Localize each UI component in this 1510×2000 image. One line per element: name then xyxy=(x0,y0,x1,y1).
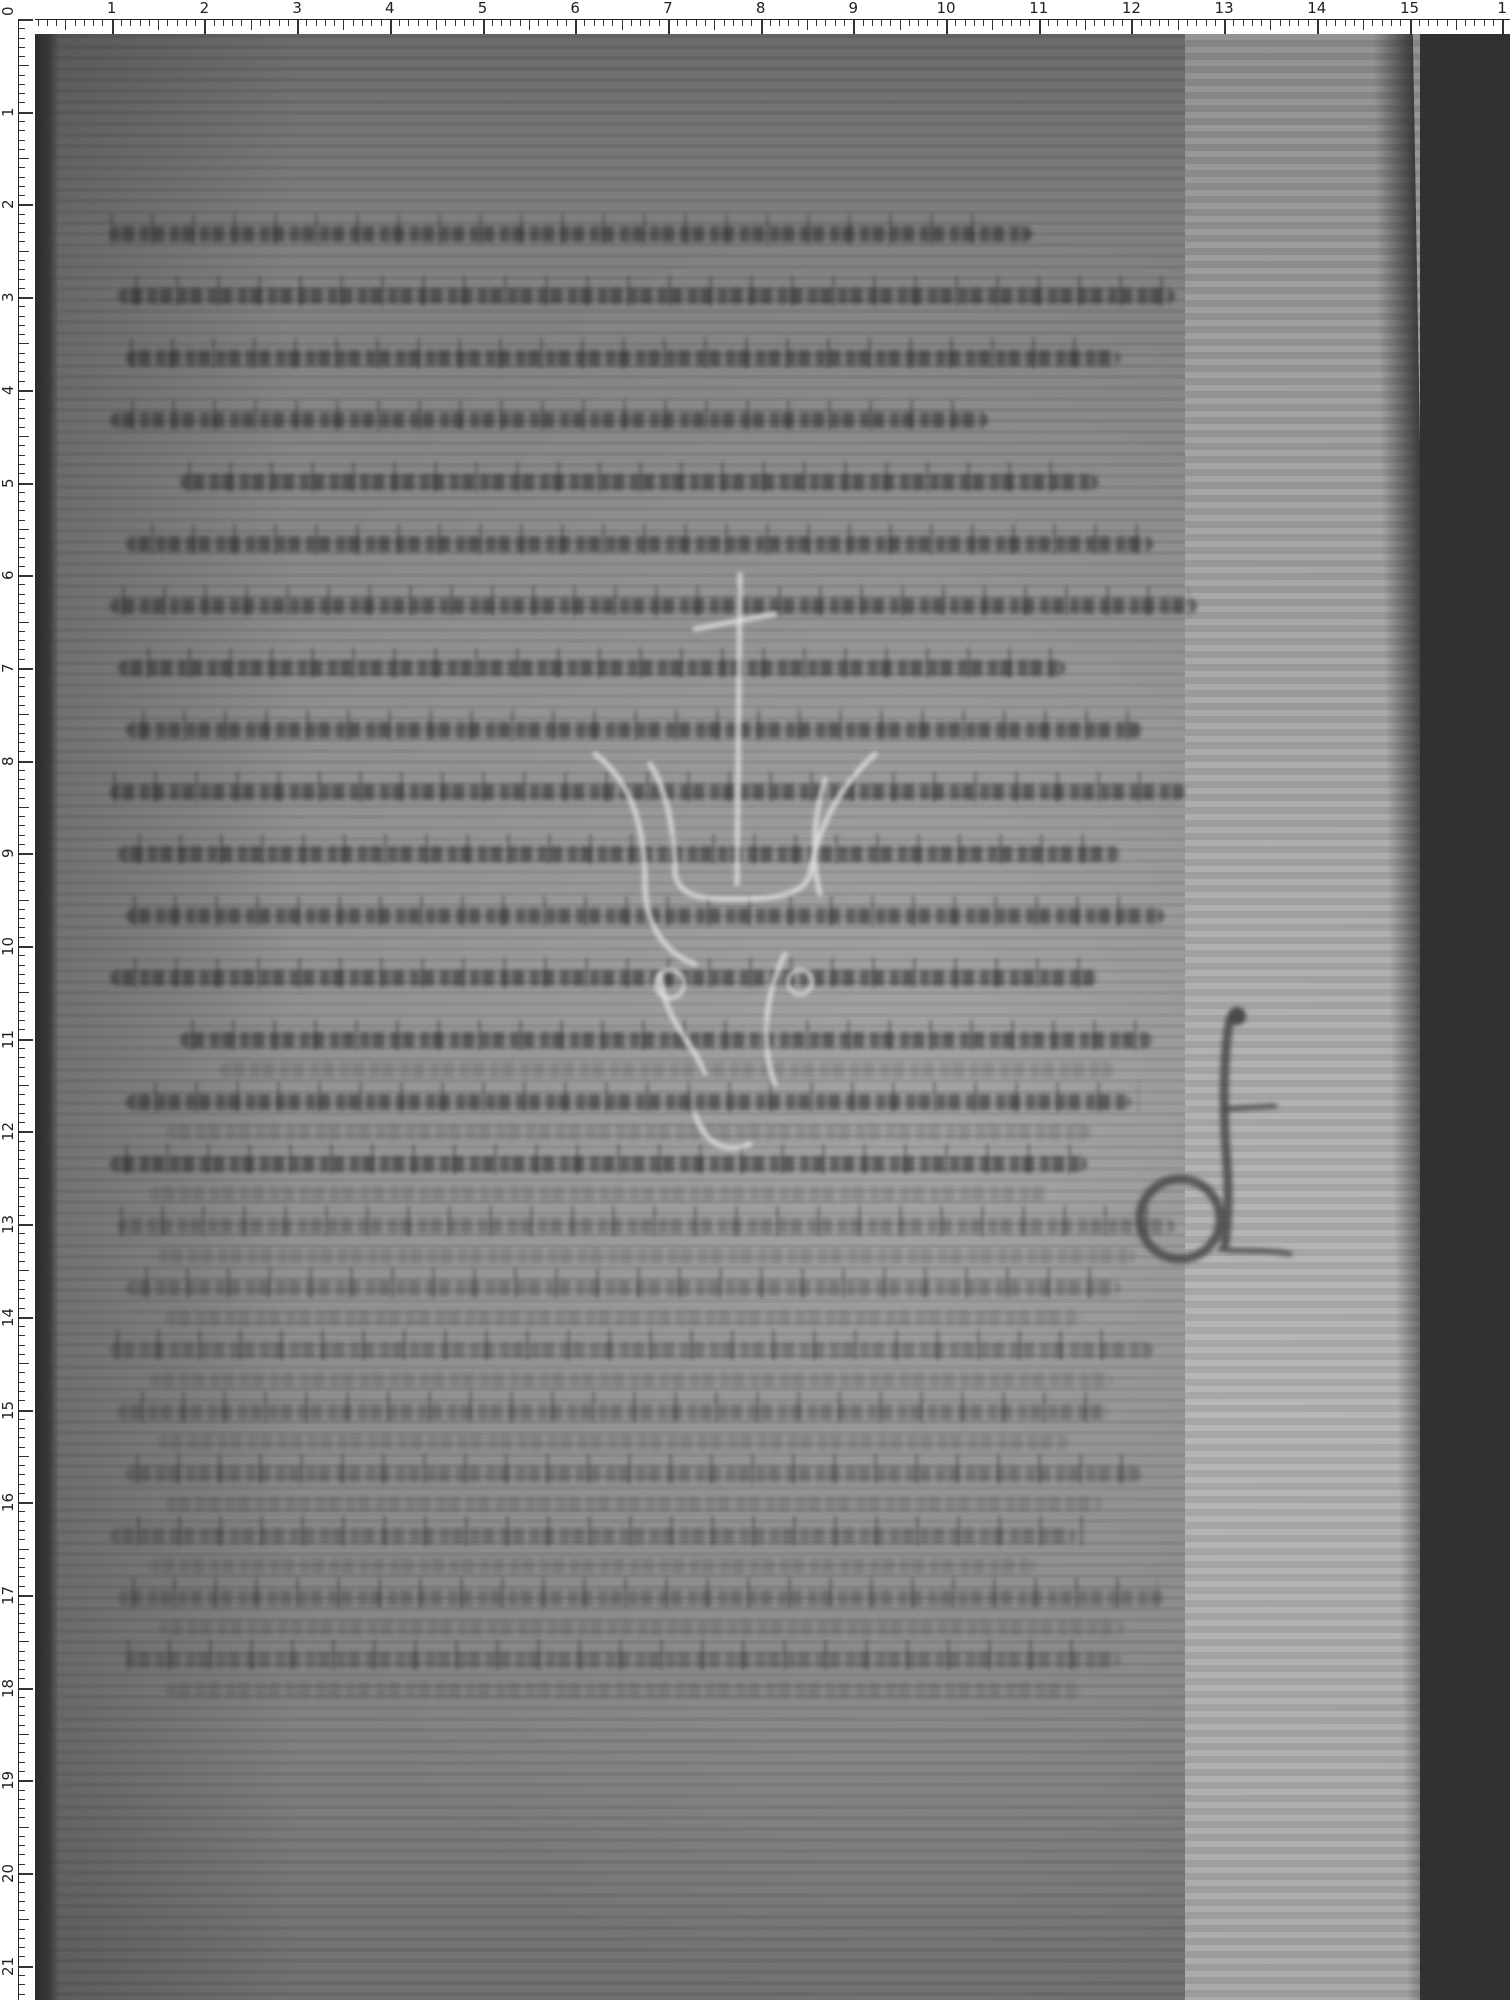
ruler-tick xyxy=(1447,20,1448,26)
ruler-tick xyxy=(19,371,25,372)
ruler-tick xyxy=(19,1817,25,1818)
ruler-tick xyxy=(19,1224,33,1226)
ruler-tick xyxy=(19,1150,25,1151)
ruler-tick xyxy=(1020,20,1021,26)
ruler-tick xyxy=(19,965,25,966)
ruler-label: 11 xyxy=(1029,0,1048,17)
ruler-label: 14 xyxy=(1,1308,16,1327)
ruler-tick xyxy=(269,20,270,26)
ruler-tick xyxy=(19,594,25,595)
ruler-tick xyxy=(19,353,25,354)
ruler-tick xyxy=(19,38,25,39)
ruler-tick xyxy=(19,779,25,780)
ruler-tick xyxy=(705,20,706,26)
ruler-label: 18 xyxy=(1,1679,16,1698)
ruler-tick xyxy=(19,1743,25,1744)
ruler-tick xyxy=(19,1233,25,1234)
ruler-tick xyxy=(575,20,577,34)
ruler-tick xyxy=(195,20,196,26)
ruler-tick xyxy=(501,20,502,26)
manuscript-ascenders xyxy=(116,1330,1139,1360)
ruler-tick xyxy=(214,20,215,26)
ruler-tick xyxy=(19,325,25,326)
ruler-tick xyxy=(1187,20,1188,26)
manuscript-ascenders xyxy=(131,400,989,430)
ruler-tick xyxy=(149,20,150,26)
ruler-tick xyxy=(19,1651,25,1652)
ruler-tick xyxy=(955,20,956,26)
ruler-tick xyxy=(1206,20,1207,26)
ruler-tick xyxy=(19,1511,25,1512)
ruler-tick xyxy=(260,20,261,26)
ruler-tick xyxy=(1196,20,1197,26)
ruler-label: 6 xyxy=(570,0,580,17)
ruler-tick xyxy=(158,20,159,30)
ruler-tick xyxy=(19,844,25,845)
ruler-tick xyxy=(19,603,25,604)
ruler-label: 10 xyxy=(936,0,955,17)
ruler-tick xyxy=(408,20,409,26)
ruler-tick xyxy=(19,1919,29,1920)
ruler-tick xyxy=(19,1688,33,1690)
ruler-tick xyxy=(445,20,446,26)
ruler-tick xyxy=(56,20,57,26)
ruler-tick xyxy=(19,937,25,938)
ruler-tick xyxy=(19,1437,25,1438)
ruler-tick xyxy=(65,20,66,30)
ruler-tick xyxy=(1122,20,1123,26)
ruler-tick xyxy=(19,1067,25,1068)
ruler-tick xyxy=(19,1159,25,1160)
ruler-label: 7 xyxy=(1,663,16,673)
ruler-tick xyxy=(297,20,299,34)
ruler-tick xyxy=(19,1780,33,1782)
bleed-through-line xyxy=(166,1682,1080,1698)
ruler-tick xyxy=(1076,20,1077,26)
ruler-tick xyxy=(19,640,25,641)
ruler-tick xyxy=(594,20,595,26)
ruler-tick xyxy=(19,622,29,623)
bleed-through-line xyxy=(166,1310,1080,1326)
ruler-tick xyxy=(19,1984,25,1985)
paper-watermark xyxy=(575,554,895,1174)
ruler-tick xyxy=(19,241,25,242)
ruler-tick xyxy=(1039,20,1041,34)
ruler-tick xyxy=(19,1715,25,1716)
ruler-tick xyxy=(19,65,29,66)
ruler-tick xyxy=(566,20,567,26)
ruler-tick xyxy=(714,20,715,30)
ruler-tick xyxy=(19,1215,25,1216)
ruler-tick xyxy=(1456,20,1457,30)
ruler-tick xyxy=(547,20,548,26)
ruler-tick xyxy=(19,279,25,280)
ruler-tick xyxy=(19,418,25,419)
ruler-tick xyxy=(93,20,94,26)
ruler-tick xyxy=(1354,20,1355,26)
ruler-label: 15 xyxy=(1,1400,16,1419)
ruler-label: 4 xyxy=(385,0,395,17)
ruler-tick xyxy=(510,20,511,26)
ruler-tick xyxy=(19,204,33,206)
ruler-label: 8 xyxy=(756,0,766,17)
ruler-tick xyxy=(19,306,25,307)
ruler-tick xyxy=(427,20,428,26)
ruler-label: 13 xyxy=(1215,0,1234,17)
bleed-through-line xyxy=(158,1620,1124,1636)
ruler-tick xyxy=(186,20,187,26)
ruler-tick xyxy=(19,1613,25,1614)
ruler-tick xyxy=(334,20,335,26)
ruler-tick xyxy=(38,20,39,26)
ruler-tick xyxy=(19,1363,29,1364)
ruler-tick xyxy=(1011,20,1012,26)
ruler-tick xyxy=(19,510,25,511)
ruler-tick xyxy=(649,20,650,26)
ruler-tick xyxy=(19,1456,29,1457)
ruler-tick xyxy=(19,1752,25,1753)
ruler-tick xyxy=(668,20,670,34)
ruler-tick xyxy=(742,20,743,26)
ruler-tick xyxy=(1317,20,1319,34)
ruler-tick xyxy=(483,20,485,34)
ruler-tick xyxy=(19,1734,29,1735)
ruler-tick xyxy=(19,807,29,808)
ruler-tick xyxy=(19,334,25,335)
ruler-tick xyxy=(19,223,25,224)
ruler-tick xyxy=(19,631,25,632)
ruler-tick xyxy=(538,20,539,26)
ruler-tick xyxy=(603,20,604,26)
manuscript-ascenders xyxy=(136,1454,1132,1484)
ruler-tick xyxy=(473,20,474,26)
ruler-tick xyxy=(1252,20,1253,26)
ruler-tick xyxy=(19,649,25,650)
ruler-tick xyxy=(946,20,948,34)
ruler-tick xyxy=(19,1113,25,1114)
ruler-tick xyxy=(19,269,25,270)
ruler-tick xyxy=(1502,20,1504,34)
top-ruler: 01234567891011121314151 xyxy=(0,0,1510,34)
ruler-tick xyxy=(19,992,29,993)
ruler-label: 3 xyxy=(292,0,302,17)
ruler-tick xyxy=(19,167,25,168)
ruler-tick xyxy=(19,900,29,901)
ruler-tick xyxy=(390,20,392,34)
ruler-label: 12 xyxy=(1122,0,1141,17)
ruler-tick xyxy=(19,93,25,94)
ruler-tick xyxy=(19,909,25,910)
bleed-through-line xyxy=(150,1372,1113,1388)
ruler-label: 9 xyxy=(849,0,859,17)
watermark-icon xyxy=(575,554,895,1174)
ruler-tick xyxy=(19,436,29,437)
ruler-tick xyxy=(19,705,25,706)
ruler-tick xyxy=(19,1029,25,1030)
ruler-tick xyxy=(19,557,25,558)
ruler-tick xyxy=(19,1567,25,1568)
ruler-tick xyxy=(19,761,33,763)
ruler-tick xyxy=(19,1771,25,1772)
ruler-tick xyxy=(19,1669,25,1670)
ruler-tick xyxy=(1243,20,1244,26)
ruler-tick xyxy=(19,158,29,159)
ruler-tick xyxy=(19,1131,33,1133)
ruler-tick xyxy=(140,20,141,26)
ruler-tick xyxy=(659,20,660,26)
ruler-label: 9 xyxy=(1,849,16,859)
ruler-tick xyxy=(19,1901,25,1902)
ruler-tick xyxy=(19,102,25,103)
ruler-tick xyxy=(19,1762,25,1763)
ruler-tick xyxy=(19,1975,25,1976)
ruler-tick xyxy=(19,529,29,530)
decorated-initial-d xyxy=(1095,994,1315,1294)
right-dark-band xyxy=(1420,34,1510,2000)
ruler-tick xyxy=(381,20,382,26)
ruler-tick xyxy=(798,20,799,26)
manuscript-ascenders xyxy=(151,524,1158,554)
ruler-label: 8 xyxy=(1,756,16,766)
ruler-tick xyxy=(19,483,33,485)
ruler-tick xyxy=(353,20,354,26)
ruler-tick xyxy=(19,1410,33,1412)
ruler-tick xyxy=(19,686,25,687)
ruler-tick xyxy=(19,1827,29,1828)
ruler-tick xyxy=(19,1854,25,1855)
ruler-tick xyxy=(19,75,25,76)
ruler-tick xyxy=(19,149,25,150)
ruler-tick xyxy=(19,974,25,975)
ruler-tick xyxy=(1493,20,1494,26)
ruler-tick xyxy=(19,724,25,725)
ruler-tick xyxy=(112,20,114,34)
ruler-tick xyxy=(19,214,25,215)
manuscript-ascenders xyxy=(145,1268,1119,1298)
ruler-tick xyxy=(232,20,233,26)
ruler-tick xyxy=(19,1947,25,1948)
ruler-tick xyxy=(19,1400,25,1401)
ruler-tick xyxy=(19,696,25,697)
ruler-tick xyxy=(19,575,33,577)
ruler-tick xyxy=(306,20,307,26)
manuscript-ascenders xyxy=(141,1392,1112,1422)
ruler-label: 1 xyxy=(1497,0,1507,17)
ruler-tick xyxy=(19,1122,25,1123)
ruler-tick xyxy=(177,20,178,26)
ruler-tick xyxy=(872,20,873,26)
ruler-tick xyxy=(362,20,363,26)
ruler-tick xyxy=(1345,20,1346,26)
ruler-tick xyxy=(19,1725,25,1726)
ruler-tick xyxy=(19,1678,25,1679)
ruler-tick xyxy=(1150,20,1151,26)
ruler-tick xyxy=(19,566,25,567)
ruler-tick xyxy=(84,20,85,26)
ruler-tick xyxy=(19,1354,25,1355)
ruler-tick xyxy=(19,232,25,233)
ruler-tick xyxy=(102,20,103,26)
ruler-tick xyxy=(19,714,29,715)
ruler-tick xyxy=(1104,20,1105,26)
ruler-tick xyxy=(19,1910,25,1911)
ruler-tick xyxy=(19,1966,33,1968)
ruler-tick xyxy=(436,20,437,30)
ruler-label: 5 xyxy=(1,478,16,488)
ruler-tick xyxy=(47,20,48,26)
ruler-tick xyxy=(1261,20,1262,26)
ruler-tick xyxy=(19,1836,25,1837)
ruler-tick xyxy=(863,20,864,26)
bleed-through-line xyxy=(166,1496,1102,1512)
ruler-tick xyxy=(19,1391,25,1392)
ruler-tick xyxy=(1094,20,1095,26)
ruler-tick xyxy=(19,1530,25,1531)
ruler-tick xyxy=(19,927,25,928)
ruler-tick xyxy=(1141,20,1142,26)
ruler-label: 6 xyxy=(1,571,16,581)
ruler-tick xyxy=(19,1845,25,1846)
ruler-tick xyxy=(19,19,33,21)
ruler-tick xyxy=(19,1270,29,1271)
ruler-tick xyxy=(1437,20,1438,26)
ruler-tick xyxy=(1308,20,1309,26)
ruler-tick xyxy=(204,20,206,34)
ruler-tick xyxy=(19,612,25,613)
ruler-tick xyxy=(19,1289,25,1290)
ruler-tick xyxy=(19,1493,25,1494)
ruler-tick xyxy=(19,835,25,836)
ruler-tick xyxy=(19,1308,25,1309)
ruler-label: 2 xyxy=(1,200,16,210)
ruler-tick xyxy=(1159,20,1160,26)
ruler-tick xyxy=(909,20,910,26)
ruler-tick xyxy=(1410,20,1412,34)
ruler-tick xyxy=(19,1595,33,1597)
ruler-tick xyxy=(19,1382,25,1383)
left-ruler: 0123456789101112131415161718192021 xyxy=(0,0,35,2000)
ruler-tick xyxy=(733,20,734,26)
ruler-tick xyxy=(19,1484,25,1485)
ruler-tick xyxy=(19,56,25,57)
ruler-tick xyxy=(19,1104,25,1105)
ruler-tick xyxy=(19,195,25,196)
ruler-tick xyxy=(325,20,326,26)
ruler-tick xyxy=(19,547,25,548)
ruler-tick xyxy=(19,742,25,743)
ruler-tick xyxy=(19,288,25,289)
ruler-tick xyxy=(1335,20,1336,26)
ruler-tick xyxy=(19,825,25,826)
ruler-tick xyxy=(19,1549,29,1550)
ruler-tick xyxy=(19,1790,25,1791)
ruler-tick xyxy=(19,1558,25,1559)
ruler-tick xyxy=(19,1326,25,1327)
ruler-tick xyxy=(788,20,789,26)
initial-d-icon xyxy=(1095,994,1315,1294)
ruler-tick xyxy=(19,1085,29,1086)
ruler-tick xyxy=(19,1697,25,1698)
ruler-label: 10 xyxy=(1,937,16,956)
ruler-tick xyxy=(19,1873,33,1875)
ruler-tick xyxy=(1168,20,1169,26)
ruler-tick xyxy=(835,20,836,26)
ruler-tick xyxy=(19,445,25,446)
ruler-tick xyxy=(492,20,493,26)
bleed-through-line xyxy=(150,1186,1047,1202)
manuscript-ascenders xyxy=(110,214,1012,244)
ruler-tick xyxy=(19,798,25,799)
ruler-tick xyxy=(288,20,289,26)
ruler-tick xyxy=(19,297,33,299)
ruler-tick xyxy=(696,20,697,26)
ruler-tick xyxy=(19,1094,25,1095)
ruler-tick xyxy=(19,455,25,456)
ruler-label: 11 xyxy=(1,1030,16,1049)
ruler-tick xyxy=(223,20,224,26)
ruler-tick xyxy=(1057,20,1058,26)
ruler-label: 12 xyxy=(1,1122,16,1141)
ruler-tick xyxy=(1298,20,1299,26)
ruler-tick xyxy=(19,770,25,771)
ruler-tick xyxy=(1400,20,1401,26)
ruler-tick xyxy=(418,20,419,26)
ruler-tick xyxy=(19,881,25,882)
ruler-tick xyxy=(825,20,826,26)
ruler-tick xyxy=(19,177,25,178)
ruler-tick xyxy=(19,983,25,984)
ruler-tick xyxy=(19,1882,25,1883)
ruler-tick xyxy=(19,1502,33,1504)
ruler-tick xyxy=(19,1011,25,1012)
ruler-tick xyxy=(19,1447,25,1448)
ruler-tick xyxy=(19,788,25,789)
ruler-tick xyxy=(19,260,25,261)
ruler-tick xyxy=(19,1521,25,1522)
ruler-tick xyxy=(19,872,25,873)
ruler-tick xyxy=(19,1465,25,1466)
ruler-tick xyxy=(881,20,882,26)
ruler-tick xyxy=(1484,20,1485,26)
ruler-tick xyxy=(19,520,25,521)
ruler-tick xyxy=(19,1168,25,1169)
ruler-tick xyxy=(1215,20,1216,26)
ruler-tick xyxy=(992,20,993,30)
ruler-tick xyxy=(520,20,521,26)
ruler-tick xyxy=(19,28,25,29)
ruler-label: 21 xyxy=(1,1957,16,1976)
ruler-tick xyxy=(19,1539,25,1540)
ruler-tick xyxy=(853,20,855,34)
ruler-tick xyxy=(455,20,456,26)
ruler-tick xyxy=(19,1938,25,1939)
ruler-tick xyxy=(1224,20,1226,34)
ruler-tick xyxy=(1280,20,1281,26)
ruler-tick xyxy=(1029,20,1030,26)
ruler-tick xyxy=(19,492,25,493)
ruler-tick xyxy=(19,1892,25,1893)
bleed-through-line xyxy=(158,1434,1069,1450)
ruler-tick xyxy=(19,47,25,48)
ruler-tick xyxy=(1474,20,1475,26)
manuscript-ascenders xyxy=(120,1206,1157,1236)
ruler-tick xyxy=(1131,20,1133,34)
ruler-tick xyxy=(19,1335,25,1336)
ruler-tick xyxy=(241,20,242,26)
ruler-tick xyxy=(557,20,558,26)
ruler-tick xyxy=(19,464,25,465)
ruler-tick xyxy=(1048,20,1049,26)
